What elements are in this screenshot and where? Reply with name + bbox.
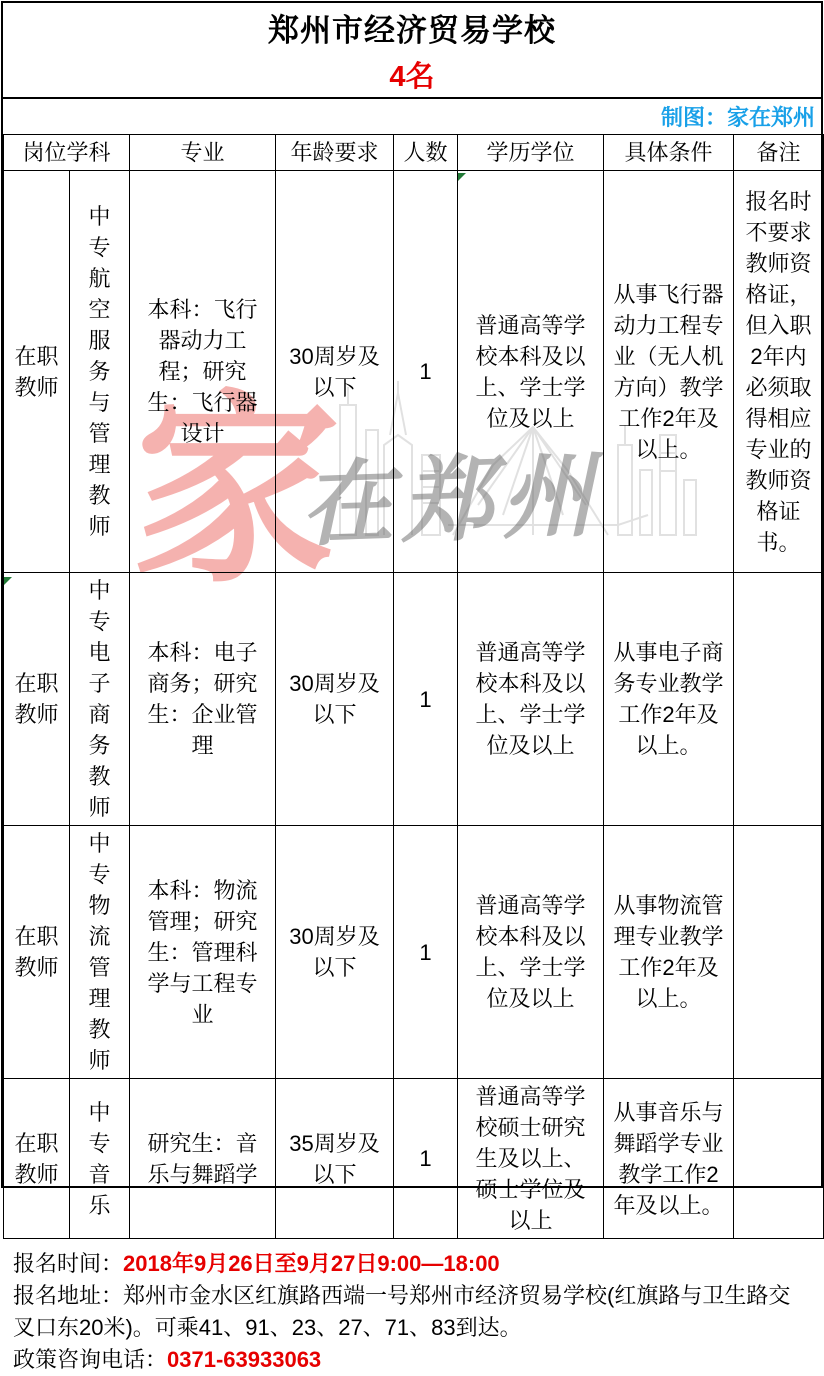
cell-requirements: 从事物流管理专业教学工作2年及以上。 (604, 826, 734, 1079)
cell-age: 30周岁及以下 (276, 573, 394, 826)
cell-major: 研究生：音乐与舞蹈学 (130, 1079, 276, 1239)
cell-category: 在职教师 (4, 1079, 70, 1239)
cell-major: 本科：物流管理；研究生：管理科学与工程专业 (130, 826, 276, 1079)
cell-category: 在职教师 (4, 171, 70, 573)
recruitment-table: 岗位学科 专业 年龄要求 人数 学历学位 具体条件 备注 在职教师 中专航空服务… (3, 134, 824, 1239)
registration-time-label: 报名时间： (13, 1251, 123, 1276)
registration-time-value: 2018年9月26日至9月27日9:00—18:00 (123, 1251, 500, 1276)
cell-degree: 普通高等学校本科及以上、学士学位及以上 (458, 171, 604, 573)
table-row: 在职教师 中专音乐 研究生：音乐与舞蹈学 35周岁及以下 1 普通高等学校硕士研… (4, 1079, 824, 1239)
cell-count: 1 (394, 171, 458, 573)
table-header-row: 岗位学科 专业 年龄要求 人数 学历学位 具体条件 备注 (4, 135, 824, 171)
table-row: 在职教师 中专电子商务教师 本科：电子商务；研究生：企业管理 30周岁及以下 1… (4, 573, 824, 826)
cell-age: 30周岁及以下 (276, 826, 394, 1079)
table-row: 在职教师 中专物流管理教师 本科：物流管理；研究生：管理科学与工程专业 30周岁… (4, 826, 824, 1079)
policy-phone-label: 政策咨询电话： (13, 1347, 167, 1372)
cell-degree: 普通高等学校本科及以上、学士学位及以上 (458, 826, 604, 1079)
cell-remarks (734, 573, 824, 826)
registration-time-line: 报名时间：2018年9月26日至9月27日9:00—18:00 (13, 1248, 811, 1280)
cell-major: 本科：飞行器动力工程；研究生：飞行器设计 (130, 171, 276, 573)
policy-phone-value: 0371-63933063 (167, 1347, 321, 1372)
header-remarks: 备注 (734, 135, 824, 171)
credit-text: 制图：家在郑州 (661, 101, 815, 132)
page-title: 郑州市经济贸易学校 (268, 5, 556, 50)
table-row: 在职教师 中专航空服务与管理教师 本科：飞行器动力工程；研究生：飞行器设计 30… (4, 171, 824, 573)
header-count: 人数 (394, 135, 458, 171)
cell-category: 在职教师 (4, 826, 70, 1079)
cell-position: 中专物流管理教师 (70, 826, 130, 1079)
credit-row: 制图：家在郑州 (3, 97, 821, 134)
cell-degree: 普通高等学校硕士研究生及以上、硕士学位及以上 (458, 1079, 604, 1239)
cell-degree: 普通高等学校本科及以上、学士学位及以上 (458, 573, 604, 826)
cell-remarks: 报名时不要求教师资格证，但入职2年内必须取得相应专业的教师资格证书。 (734, 171, 824, 573)
cell-position: 中专航空服务与管理教师 (70, 171, 130, 573)
cell-requirements: 从事电子商务专业教学工作2年及以上。 (604, 573, 734, 826)
registration-address-label: 报名地址： (13, 1283, 123, 1308)
cell-position: 中专电子商务教师 (70, 573, 130, 826)
cell-age: 30周岁及以下 (276, 171, 394, 573)
cell-flag-icon (458, 173, 466, 181)
cell-position: 中专音乐 (70, 1079, 130, 1239)
cell-count: 1 (394, 826, 458, 1079)
header-position-subject: 岗位学科 (4, 135, 130, 171)
headcount-label: 4名 (389, 54, 434, 95)
cell-remarks (734, 826, 824, 1079)
header-requirements: 具体条件 (604, 135, 734, 171)
cell-count: 1 (394, 573, 458, 826)
registration-info: 报名时间：2018年9月26日至9月27日9:00—18:00 报名地址：郑州市… (3, 1239, 821, 1376)
header-degree: 学历学位 (458, 135, 604, 171)
cell-count: 1 (394, 1079, 458, 1239)
cell-requirements: 从事音乐与舞蹈学专业教学工作2年及以上。 (604, 1079, 734, 1239)
registration-address-line: 报名地址：郑州市金水区红旗路西端一号郑州市经济贸易学校(红旗路与卫生路交叉口东2… (13, 1280, 811, 1344)
header-age: 年龄要求 (276, 135, 394, 171)
cell-age: 35周岁及以下 (276, 1079, 394, 1239)
cell-remarks (734, 1079, 824, 1239)
title-block: 郑州市经济贸易学校 4名 (3, 3, 821, 97)
cell-major: 本科：电子商务；研究生：企业管理 (130, 573, 276, 826)
cell-requirements: 从事飞行器动力工程专业（无人机方向）教学工作2年及以上。 (604, 171, 734, 573)
policy-phone-line: 政策咨询电话：0371-63933063 (13, 1344, 811, 1376)
cell-flag-icon (4, 577, 12, 585)
header-major: 专业 (130, 135, 276, 171)
cell-category: 在职教师 (4, 573, 70, 826)
registration-address-value: 郑州市金水区红旗路西端一号郑州市经济贸易学校(红旗路与卫生路交叉口东20米)。可… (13, 1283, 790, 1340)
recruitment-notice-sheet: 家 在郑州 郑州市经济贸易学校 4名 制图：家在郑州 岗位学科 专业 年龄要求 … (1, 1, 823, 1188)
